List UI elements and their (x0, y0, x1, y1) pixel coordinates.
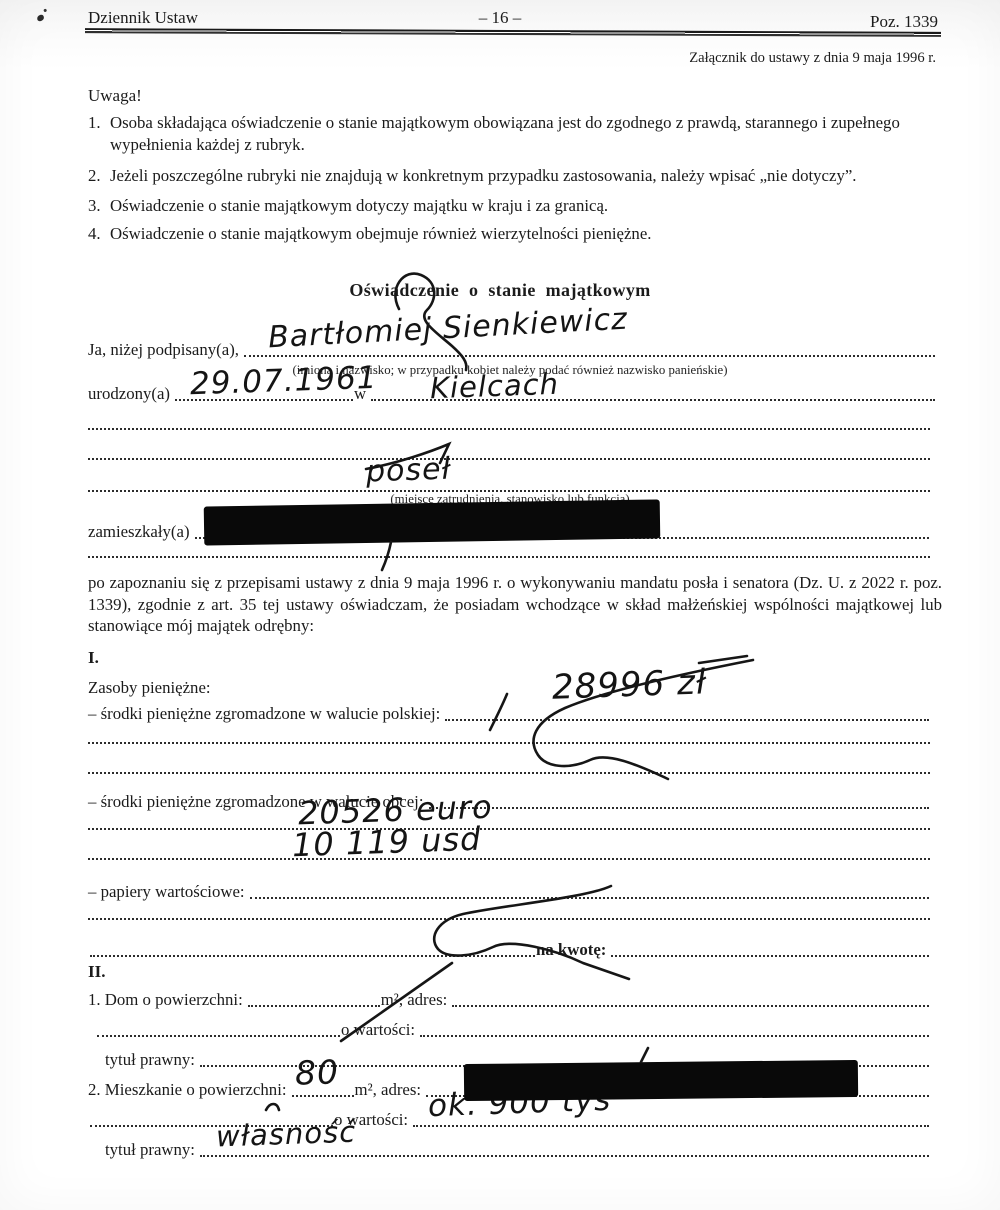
notice-item-text: Jeżeli poszczególne rubryki nie znajdują… (110, 165, 857, 187)
page-number: – 16 – (0, 8, 1000, 28)
dotted-line (429, 807, 930, 809)
dotted-line (292, 1095, 354, 1097)
handwritten-polish-currency: 28996 zł (551, 665, 707, 704)
notice-item-number: 4. (88, 223, 110, 245)
dotted-line (445, 719, 929, 721)
handwritten-birth-place: Kielcach (430, 370, 560, 403)
declaration-paragraph: po zapoznaniu się z przepisami ustawy z … (88, 572, 942, 637)
dotted-line (88, 546, 930, 558)
notice-item-3: 3. Oświadczenie o stanie majątkowym doty… (88, 195, 942, 217)
polish-currency-row: – środki pieniężne zgromadzone w walucie… (88, 702, 930, 724)
handwritten-position: poseł (366, 455, 452, 488)
securities-label: – papiery wartościowe: (88, 882, 248, 902)
section-1-heading: Zasoby pieniężne: (88, 678, 211, 698)
section-2-number: II. (88, 962, 105, 982)
handwritten-apartment-title: własność (216, 1118, 357, 1152)
apartment-address-redaction-bar (464, 1060, 858, 1101)
handwritten-birth-date: 29.07.1961 (190, 363, 378, 401)
dotted-line (88, 818, 930, 830)
header-rule (85, 28, 941, 37)
handwritten-apartment-area: 80 (294, 1055, 339, 1090)
amount-label: na kwotę: (536, 940, 609, 960)
dotted-line (90, 955, 535, 957)
house-unit-label: m², adres: (381, 990, 451, 1010)
notice-item-text: Osoba składająca oświadczenie o stanie m… (110, 112, 942, 155)
securities-row: – papiery wartościowe: (88, 880, 930, 902)
notice-item-text: Oświadczenie o stanie majątkowym dotyczy… (110, 195, 608, 217)
securities-amount-row: na kwotę: (88, 938, 930, 960)
scanned-declaration-page: Dziennik Ustaw – 16 – Poz. 1339 Załączni… (0, 0, 1000, 1210)
dotted-line (88, 448, 930, 460)
residence-redaction-bar (204, 499, 661, 545)
form-title: Oświadczenie o stanie majątkowym (0, 280, 1000, 301)
dotted-line (244, 355, 935, 357)
notice-item-4: 4. Oświadczenie o stanie majątkowym obej… (88, 223, 942, 245)
dotted-line (88, 848, 930, 860)
notice-title: Uwaga! (88, 86, 142, 106)
residence-label: zamieszkały(a) (88, 522, 193, 542)
section-1-number: I. (88, 648, 99, 668)
dotted-line (88, 418, 930, 430)
apartment-unit-label: m², adres: (355, 1080, 425, 1100)
dotted-line (611, 955, 929, 957)
dotted-line (88, 480, 930, 492)
apartment-title-label: tytuł prawny: (105, 1140, 198, 1160)
attachment-note: Załącznik do ustawy z dnia 9 maja 1996 r… (689, 50, 936, 67)
apartment-label: 2. Mieszkanie o powierzchni: (88, 1080, 290, 1100)
notice-item-number: 3. (88, 195, 110, 217)
dotted-line (88, 908, 930, 920)
dotted-line (97, 1035, 340, 1037)
dotted-line (248, 1005, 380, 1007)
dotted-line (200, 1155, 929, 1157)
house-value-row: o wartości: (95, 1018, 930, 1040)
position-number: Poz. 1339 (870, 12, 938, 32)
dotted-line (88, 762, 930, 774)
notice-item-number: 1. (88, 112, 110, 155)
dotted-line (88, 732, 930, 744)
house-value-label: o wartości: (341, 1020, 418, 1040)
foreign-currency-row: – środki pieniężne zgromadzone w walucie… (88, 790, 930, 812)
dotted-line (420, 1035, 929, 1037)
notice-item-number: 2. (88, 165, 110, 187)
notice-item-1: 1. Osoba składająca oświadczenie o stani… (88, 112, 942, 155)
notice-item-text: Oświadczenie o stanie majątkowym obejmuj… (110, 223, 651, 245)
house-row: 1. Dom o powierzchni: m², adres: (88, 988, 930, 1010)
notice-item-2: 2. Jeżeli poszczególne rubryki nie znajd… (88, 165, 942, 187)
dotted-line (250, 897, 929, 899)
dotted-line (452, 1005, 929, 1007)
house-label: 1. Dom o powierzchni: (88, 990, 246, 1010)
born-label: urodzony(a) (88, 384, 173, 404)
polish-currency-label: – środki pieniężne zgromadzone w walucie… (88, 704, 443, 724)
handwritten-foreign-currency-usd: 10 119 usd (291, 823, 481, 862)
intro-label: Ja, niżej podpisany(a), (88, 340, 242, 360)
house-title-label: tytuł prawny: (105, 1050, 198, 1070)
dotted-line (413, 1125, 929, 1127)
